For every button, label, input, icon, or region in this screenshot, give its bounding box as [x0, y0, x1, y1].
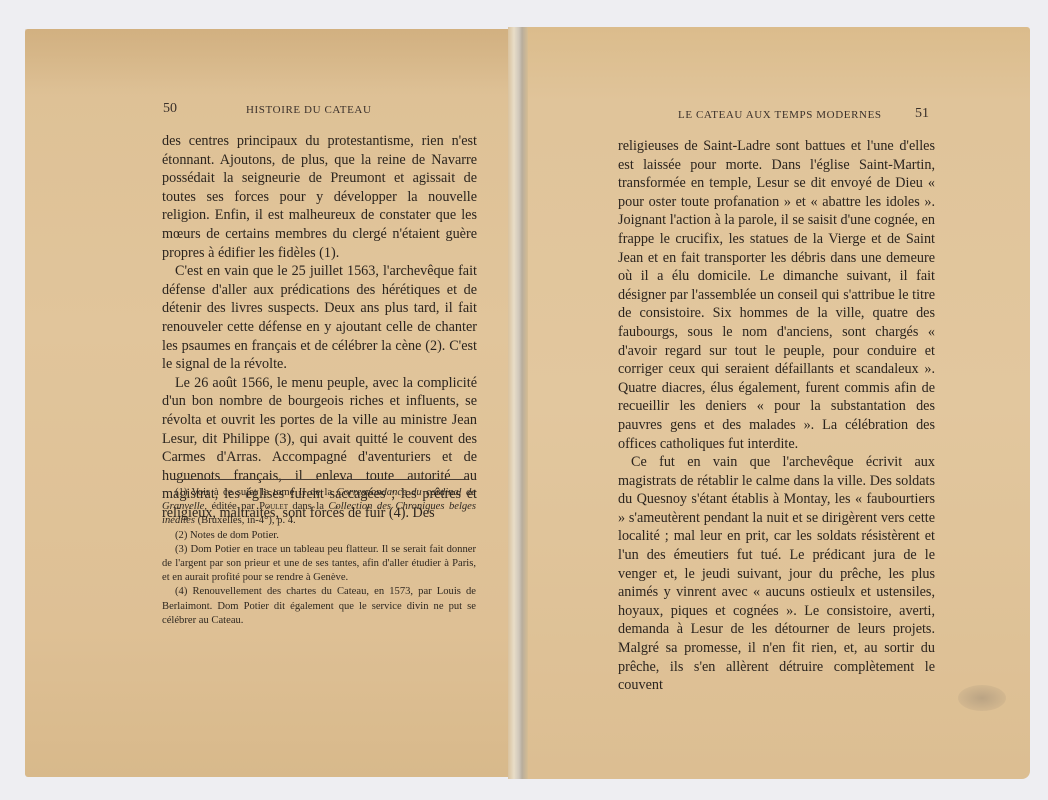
footnote-4: (4) Renouvellement des chartes du Cateau…	[162, 585, 476, 628]
footnote-author: Poulet	[259, 501, 288, 512]
right-page-number: 51	[915, 106, 929, 122]
book-gutter	[508, 27, 528, 779]
footnote-3: (3) Dom Potier en trace un tableau peu f…	[162, 543, 476, 586]
footnotes: (1) Voir à ce sujet le tome II de la Cor…	[162, 486, 476, 628]
footnote-text: dans la	[288, 501, 328, 512]
paragraph: religieuses de Saint-Ladre sont battues …	[618, 137, 935, 453]
footnote-text: (Bruxelles, in-4°), p. 4.	[195, 515, 296, 526]
right-running-head: LE CATEAU AUX TEMPS MODERNES	[678, 109, 882, 121]
paragraph: des centres principaux du protestantisme…	[162, 132, 477, 262]
left-page-number: 50	[163, 101, 177, 117]
library-stamp	[958, 685, 1006, 711]
left-running-head: HISTOIRE DU CATEAU	[246, 104, 371, 116]
footnote-text: éditée par	[207, 501, 259, 512]
footnote-number: (1)	[175, 487, 187, 498]
footnote-2: (2) Notes de dom Potier.	[162, 529, 476, 543]
left-body-text: des centres principaux du protestantisme…	[162, 132, 477, 522]
paragraph: C'est en vain que le 25 juillet 1563, l'…	[162, 262, 477, 374]
paragraph: Ce fut en vain que l'archevêque écrivit …	[618, 453, 935, 695]
right-body-text: religieuses de Saint-Ladre sont battues …	[618, 137, 935, 695]
footnote-1: (1) Voir à ce sujet le tome II de la Cor…	[162, 486, 476, 529]
footnote-rule	[172, 479, 468, 480]
footnote-text: Voir à ce sujet le tome II de la	[187, 487, 336, 498]
